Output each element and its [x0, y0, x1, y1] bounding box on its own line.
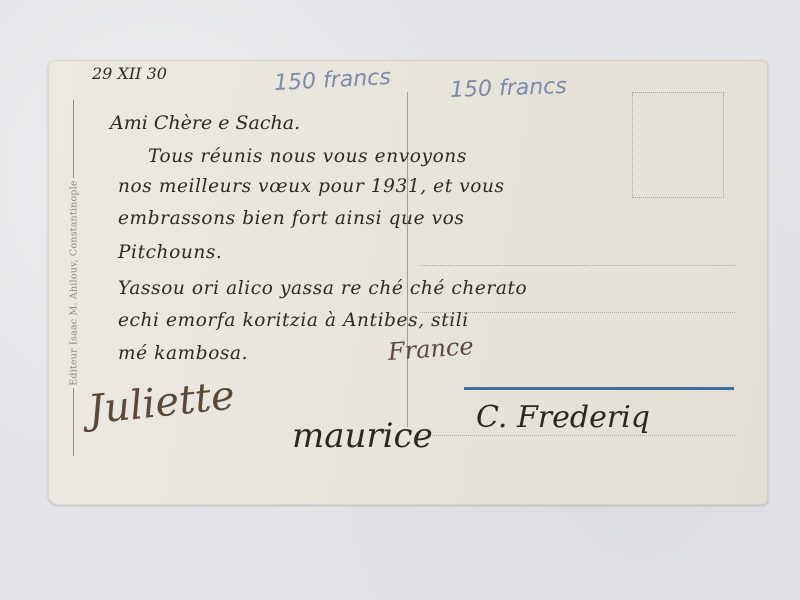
message-line: Pitchouns.	[118, 242, 222, 263]
message-line: echi emorfa koritzia à Antibes, stili	[118, 310, 469, 331]
message-line: Tous réunis nous vous envoyons	[148, 146, 467, 167]
address-line-3	[420, 435, 735, 436]
message-line: mé kambosa.	[118, 343, 248, 364]
message-line: nos meilleurs vœux pour 1931, et vous	[118, 176, 505, 197]
stamp-box	[632, 92, 724, 198]
pencil-price-note: 150 francs	[273, 65, 391, 96]
publisher-imprint-text: Editeur Isaac M. Ahilouv, Constantinople	[69, 180, 80, 385]
signature-juliette: Juliette	[86, 372, 237, 433]
publisher-imprint: Editeur Isaac M. Ahilouv, Constantinople	[66, 180, 82, 385]
signature-frederiq: C. Frederiq	[476, 400, 650, 435]
pencil-price-note: 150 francs	[450, 74, 568, 103]
address-line-blue	[464, 387, 734, 390]
publisher-rule-bottom	[73, 388, 74, 456]
handwritten-date: 29 XII 30	[92, 64, 167, 83]
address-line-1	[420, 265, 735, 266]
publisher-rule-top	[73, 100, 74, 178]
center-divider	[407, 92, 408, 427]
signature-france: France	[387, 332, 474, 366]
message-line: embrassons bien fort ainsi que vos	[118, 208, 465, 229]
signature-maurice: maurice	[292, 416, 433, 456]
message-line: Yassou ori alico yassa re ché ché cherat…	[118, 278, 527, 299]
greeting: Ami Chère e Sacha.	[110, 112, 300, 134]
postcard: Editeur Isaac M. Ahilouv, Constantinople…	[48, 60, 768, 505]
